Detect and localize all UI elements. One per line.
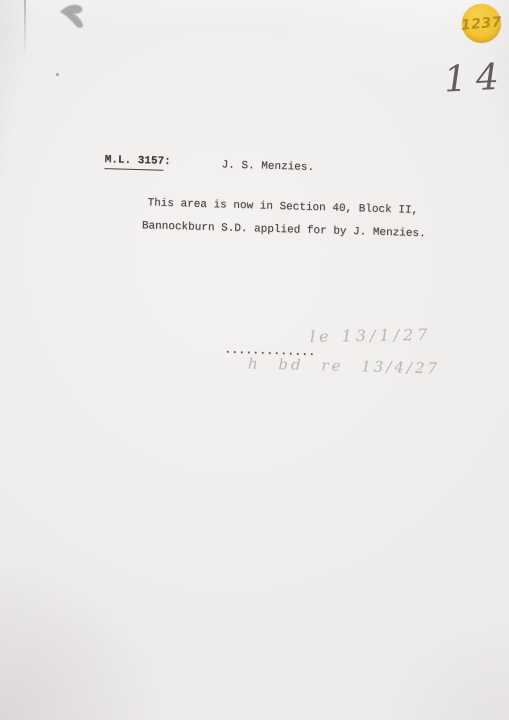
- scanned-document-page: 1237 14 M.L. 3157: J. S. Menzies. This a…: [0, 0, 509, 720]
- applicant-name: J. S. Menzies.: [221, 159, 314, 174]
- typewritten-note: M.L. 3157: J. S. Menzies. This area is n…: [93, 150, 460, 420]
- paper-speck: [56, 73, 59, 76]
- handwritten-page-number: 14: [443, 56, 509, 100]
- reference-number-underlined: M.L. 3157: [104, 154, 164, 170]
- reference-number: M.L. 3157:: [105, 154, 171, 168]
- body-line: Bannockburn S.D. applied for by J. Menzi…: [142, 220, 426, 240]
- pencil-date-note: le 13/1/27: [310, 325, 432, 346]
- pencil-smudge-mark: [58, 2, 92, 32]
- body-line: This area is now in Section 40, Block II…: [147, 197, 418, 217]
- paper-crease-line: [24, 0, 26, 56]
- reference-colon: :: [164, 156, 171, 168]
- sticker-number: 1237: [460, 14, 502, 34]
- index-sticker: 1237: [462, 4, 501, 43]
